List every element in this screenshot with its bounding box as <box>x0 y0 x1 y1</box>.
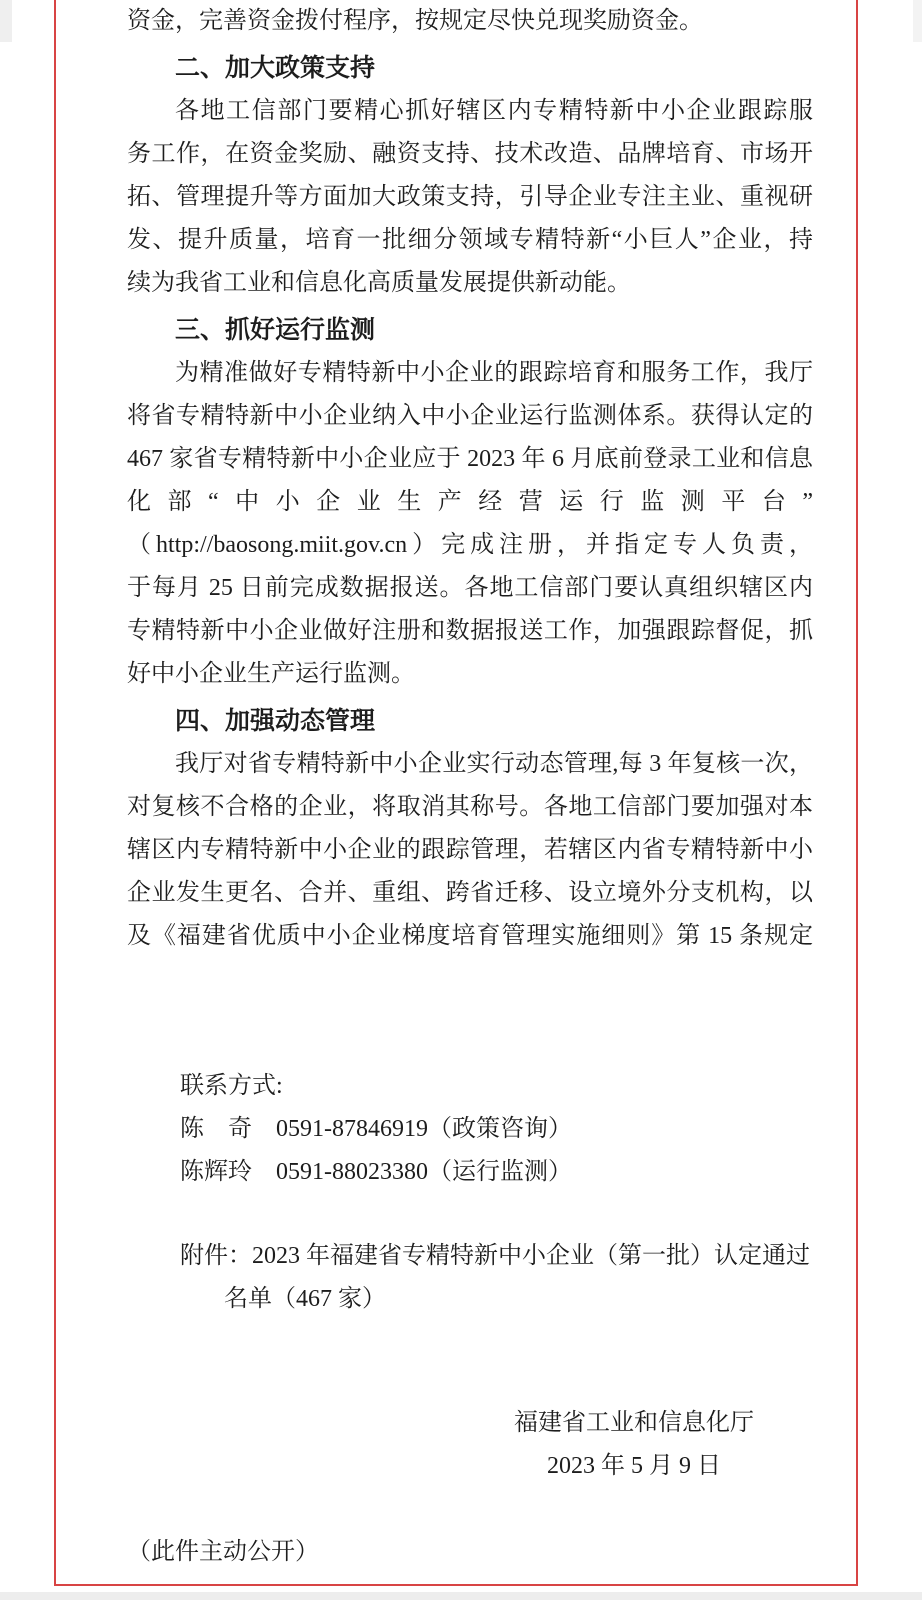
section-heading-2: 二、加大政策支持 <box>127 47 813 90</box>
body-line: 发、提升质量，培育一批细分领域专精特新“小巨人”企业，持 <box>127 219 813 262</box>
document-page: 资金，完善资金拨付程序，按规定尽快兑现奖励资金。 二、加大政策支持 各地工信部门… <box>0 0 922 1600</box>
body-line: 续为我省工业和信息化高质量发展提供新动能。 <box>127 262 813 305</box>
body-line: 务工作，在资金奖励、融资支持、技术改造、品牌培育、市场开 <box>127 133 813 176</box>
scan-edge-bottom <box>0 1592 922 1600</box>
attachment-line: 附件：2023 年福建省专精特新中小企业（第一批）认定通过 <box>127 1235 813 1278</box>
scan-edge-top-left <box>0 0 12 42</box>
publicity-note: （此件主动公开） <box>127 1531 813 1574</box>
scan-edge-top-right <box>913 0 922 42</box>
body-line: 拓、管理提升等方面加大政策支持，引导企业专注主业、重视研 <box>127 176 813 219</box>
signature-date: 2023 年 5 月 9 日 <box>447 1445 821 1488</box>
blank-gap <box>127 958 813 1065</box>
body-line: 化部“中小企业生产经营运行监测平台” <box>127 481 813 524</box>
blank-gap <box>127 1194 813 1235</box>
body-line: 资金，完善资金拨付程序，按规定尽快兑现奖励资金。 <box>127 0 813 43</box>
attachment-line: 名单（467 家） <box>127 1278 813 1321</box>
body-line: 各地工信部门要精心抓好辖区内专精特新中小企业跟踪服 <box>127 90 813 133</box>
body-line: 467 家省专精特新中小企业应于 2023 年 6 月底前登录工业和信息 <box>127 438 813 481</box>
signature-org: 福建省工业和信息化厅 <box>447 1402 821 1445</box>
body-line: 为精准做好专精特新中小企业的跟踪培育和服务工作，我厅 <box>127 352 813 395</box>
body-line: 对复核不合格的企业，将取消其称号。各地工信部门要加强对本 <box>127 786 813 829</box>
body-line: 企业发生更名、合并、重组、跨省迁移、设立境外分支机构，以 <box>127 872 813 915</box>
document-body: 资金，完善资金拨付程序，按规定尽快兑现奖励资金。 二、加大政策支持 各地工信部门… <box>127 0 813 1574</box>
signature-block: 福建省工业和信息化厅 2023 年 5 月 9 日 <box>447 1402 821 1488</box>
contact-title: 联系方式: <box>127 1065 813 1108</box>
body-line: 及《福建省优质中小企业梯度培育管理实施细则》第 15 条规定 <box>127 915 813 958</box>
body-line: 好中小企业生产运行监测。 <box>127 653 813 696</box>
body-line: 于每月 25 日前完成数据报送。各地工信部门要认真组织辖区内 <box>127 567 813 610</box>
contact-entry: 陈辉玲 0591-88023380（运行监测） <box>127 1151 813 1194</box>
section-heading-4: 四、加强动态管理 <box>127 700 813 743</box>
blank-gap <box>127 1488 813 1531</box>
body-line-url: （http://baosong.miit.gov.cn）完成注册，并指定专人负责… <box>127 524 813 567</box>
body-line: 专精特新中小企业做好注册和数据报送工作，加强跟踪督促，抓 <box>127 610 813 653</box>
contact-entry: 陈 奇 0591-87846919（政策咨询） <box>127 1108 813 1151</box>
body-line: 我厅对省专精特新中小企业实行动态管理,每 3 年复核一次， <box>127 743 813 786</box>
body-line: 辖区内专精特新中小企业的跟踪管理，若辖区内省专精特新中小 <box>127 829 813 872</box>
body-line: 将省专精特新中小企业纳入中小企业运行监测体系。获得认定的 <box>127 395 813 438</box>
blank-gap <box>127 1321 813 1402</box>
section-heading-3: 三、抓好运行监测 <box>127 309 813 352</box>
